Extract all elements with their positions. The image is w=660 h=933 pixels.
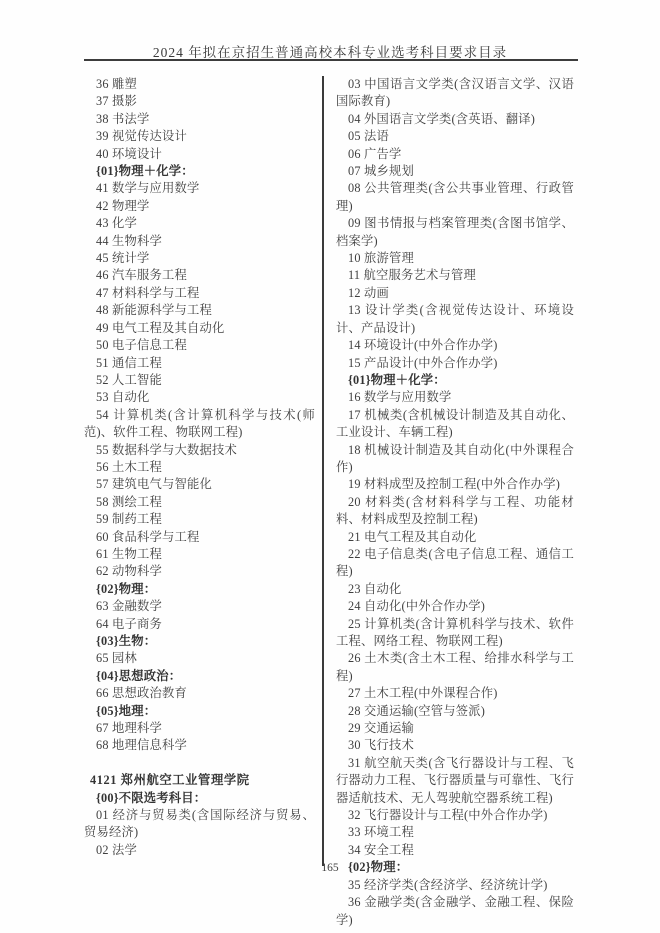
- major-entry: 22 电子信息类(含电子信息工程、通信工程): [336, 546, 574, 581]
- major-entry: 54 计算机类(含计算机科学与技术(师范)、软件工程、物联网工程): [84, 407, 315, 442]
- major-entry: 42 物理学: [84, 198, 315, 215]
- document-page: 2024 年拟在京招生普通高校本科专业选考科目要求目录 36 雕塑37 摄影38…: [0, 0, 660, 933]
- major-entry: 07 城乡规划: [336, 163, 574, 180]
- major-entry: 09 图书情报与档案管理类(含图书馆学、档案学): [336, 215, 574, 250]
- major-entry: 15 产品设计(中外合作办学): [336, 355, 574, 372]
- major-entry: 05 法语: [336, 128, 574, 145]
- major-entry: 08 公共管理类(含公共事业管理、行政管理): [336, 180, 574, 215]
- column-divider-rule: [322, 76, 324, 866]
- major-entry: 02 法学: [84, 842, 315, 859]
- subject-group-header: {01}物理＋化学：: [84, 163, 315, 180]
- major-entry: 40 环境设计: [84, 146, 315, 163]
- major-entry: 12 动画: [336, 285, 574, 302]
- major-entry: 58 测绘工程: [84, 494, 315, 511]
- major-entry: 57 建筑电气与智能化: [84, 476, 315, 493]
- page-number: 165: [0, 862, 660, 874]
- subject-group-header: {02}物理：: [84, 581, 315, 598]
- left-column: 36 雕塑37 摄影38 书法学39 视觉传达设计40 环境设计{01}物理＋化…: [84, 76, 320, 929]
- major-entry: 45 统计学: [84, 250, 315, 267]
- major-entry: 68 地理信息科学: [84, 737, 315, 754]
- major-entry: 27 土木工程(中外课程合作): [336, 685, 574, 702]
- major-entry: 30 飞行技术: [336, 737, 574, 754]
- subject-group-header: {03}生物：: [84, 633, 315, 650]
- major-entry: 48 新能源科学与工程: [84, 302, 315, 319]
- major-entry: 50 电子信息工程: [84, 337, 315, 354]
- major-entry: 63 金融数学: [84, 598, 315, 615]
- major-entry: 16 数学与应用数学: [336, 389, 574, 406]
- major-entry: 28 交通运输(空管与签派): [336, 703, 574, 720]
- major-entry: 24 自动化(中外合作办学): [336, 598, 574, 615]
- major-entry: 37 摄影: [84, 93, 315, 110]
- major-entry: 61 生物工程: [84, 546, 315, 563]
- major-entry: 20 材料类(含材料科学与工程、功能材料、材料成型及控制工程): [336, 494, 574, 529]
- major-entry: 29 交通运输: [336, 720, 574, 737]
- major-entry: 60 食品科学与工程: [84, 529, 315, 546]
- major-entry: 06 广告学: [336, 146, 574, 163]
- major-entry: 25 计算机类(含计算机科学与技术、软件工程、网络工程、物联网工程): [336, 616, 574, 651]
- major-entry: 41 数学与应用数学: [84, 180, 315, 197]
- major-entry: 65 园林: [84, 650, 315, 667]
- major-entry: 44 生物科学: [84, 233, 315, 250]
- major-entry: 51 通信工程: [84, 355, 315, 372]
- major-entry: 03 中国语言文学类(含汉语言文学、汉语国际教育): [336, 76, 574, 111]
- major-entry: 36 金融学类(含金融学、金融工程、保险学): [336, 894, 574, 929]
- major-entry: 17 机械类(含机械设计制造及其自动化、工业设计、车辆工程): [336, 407, 574, 442]
- title-underline-rule: [84, 59, 578, 61]
- major-entry: 43 化学: [84, 215, 315, 232]
- subject-group-header: {00}不限选考科目：: [84, 790, 315, 807]
- major-entry: 56 土木工程: [84, 459, 315, 476]
- major-entry: 35 经济学类(含经济学、经济统计学): [336, 877, 574, 894]
- major-entry: 53 自动化: [84, 389, 315, 406]
- major-entry: 46 汽车服务工程: [84, 267, 315, 284]
- subject-group-header: {01}物理＋化学：: [336, 372, 574, 389]
- major-entry: 31 航空航天类(含飞行器设计与工程、飞行器动力工程、飞行器质量与可靠性、飞行器…: [336, 755, 574, 807]
- major-entry: 18 机械设计制造及其自动化(中外课程合作): [336, 442, 574, 477]
- major-entry: 62 动物科学: [84, 563, 315, 580]
- major-entry: 19 材料成型及控制工程(中外合作办学): [336, 476, 574, 493]
- major-entry: 38 书法学: [84, 111, 315, 128]
- school-entry: 4121 郑州航空工业管理学院: [84, 772, 315, 789]
- major-entry: 64 电子商务: [84, 616, 315, 633]
- major-entry: 59 制药工程: [84, 511, 315, 528]
- blank-spacer: [84, 755, 315, 772]
- two-column-layout: 36 雕塑37 摄影38 书法学39 视觉传达设计40 环境设计{01}物理＋化…: [84, 76, 578, 929]
- major-entry: 13 设计学类(含视觉传达设计、环境设计、产品设计): [336, 302, 574, 337]
- major-entry: 33 环境工程: [336, 824, 574, 841]
- major-entry: 39 视觉传达设计: [84, 128, 315, 145]
- major-entry: 52 人工智能: [84, 372, 315, 389]
- major-entry: 01 经济与贸易类(含国际经济与贸易、贸易经济): [84, 807, 315, 842]
- major-entry: 23 自动化: [336, 581, 574, 598]
- major-entry: 10 旅游管理: [336, 250, 574, 267]
- page-title: 2024 年拟在京招生普通高校本科专业选考科目要求目录: [0, 41, 660, 61]
- major-entry: 11 航空服务艺术与管理: [336, 267, 574, 284]
- major-entry: 32 飞行器设计与工程(中外合作办学): [336, 807, 574, 824]
- subject-group-header: {05}地理：: [84, 703, 315, 720]
- right-column: 03 中国语言文学类(含汉语言文学、汉语国际教育)04 外国语言文学类(含英语、…: [336, 76, 574, 929]
- major-entry: 55 数据科学与大数据技术: [84, 442, 315, 459]
- major-entry: 21 电气工程及其自动化: [336, 529, 574, 546]
- major-entry: 26 土木类(含土木工程、给排水科学与工程): [336, 650, 574, 685]
- major-entry: 14 环境设计(中外合作办学): [336, 337, 574, 354]
- major-entry: 04 外国语言文学类(含英语、翻译): [336, 111, 574, 128]
- major-entry: 66 思想政治教育: [84, 685, 315, 702]
- subject-group-header: {04}思想政治：: [84, 668, 315, 685]
- major-entry: 47 材料科学与工程: [84, 285, 315, 302]
- major-entry: 34 安全工程: [336, 842, 574, 859]
- major-entry: 67 地理科学: [84, 720, 315, 737]
- major-entry: 49 电气工程及其自动化: [84, 320, 315, 337]
- major-entry: 36 雕塑: [84, 76, 315, 93]
